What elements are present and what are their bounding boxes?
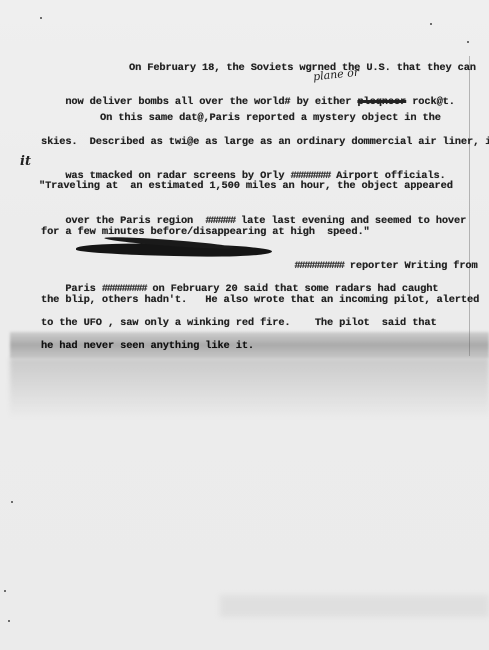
text-line-3: On this same dat@,Paris reported a myste… xyxy=(100,112,441,124)
text-line-1: On February 18, the Soviets wgrned the U… xyxy=(129,62,476,74)
text-line-2-prefix: now deliver bombs all over the world# by… xyxy=(65,96,357,108)
text-line-8: for a few minutes before/disappearing at… xyxy=(41,226,370,238)
speck xyxy=(4,590,6,592)
handwritten-margin-note: it xyxy=(20,154,31,169)
text-line-6: "Traveling at an estimated 1,500 miles a… xyxy=(39,180,453,192)
speck xyxy=(467,41,469,43)
speck xyxy=(430,23,432,25)
photocopy-smudge-lower xyxy=(10,358,489,418)
speck xyxy=(11,501,13,503)
text-line-2-suffix: rock@t. xyxy=(406,96,455,108)
text-line-13: he had never seen anything like it. xyxy=(41,340,254,352)
text-line-11: the blip, others hadn't. He also wrote t… xyxy=(41,294,479,306)
text-line-4: skies. Described as twi@e as large as an… xyxy=(41,136,489,148)
speck xyxy=(40,17,42,19)
struck-word: pleqneor xyxy=(357,96,406,108)
right-margin-rule xyxy=(469,56,470,356)
document-page: On February 18, the Soviets wgrned the U… xyxy=(0,0,489,650)
marker-redaction xyxy=(76,242,272,258)
photocopy-faint-streak xyxy=(220,595,489,617)
text-line-12: to the UFO , saw only a winking red fire… xyxy=(41,317,437,329)
speck xyxy=(8,620,10,622)
